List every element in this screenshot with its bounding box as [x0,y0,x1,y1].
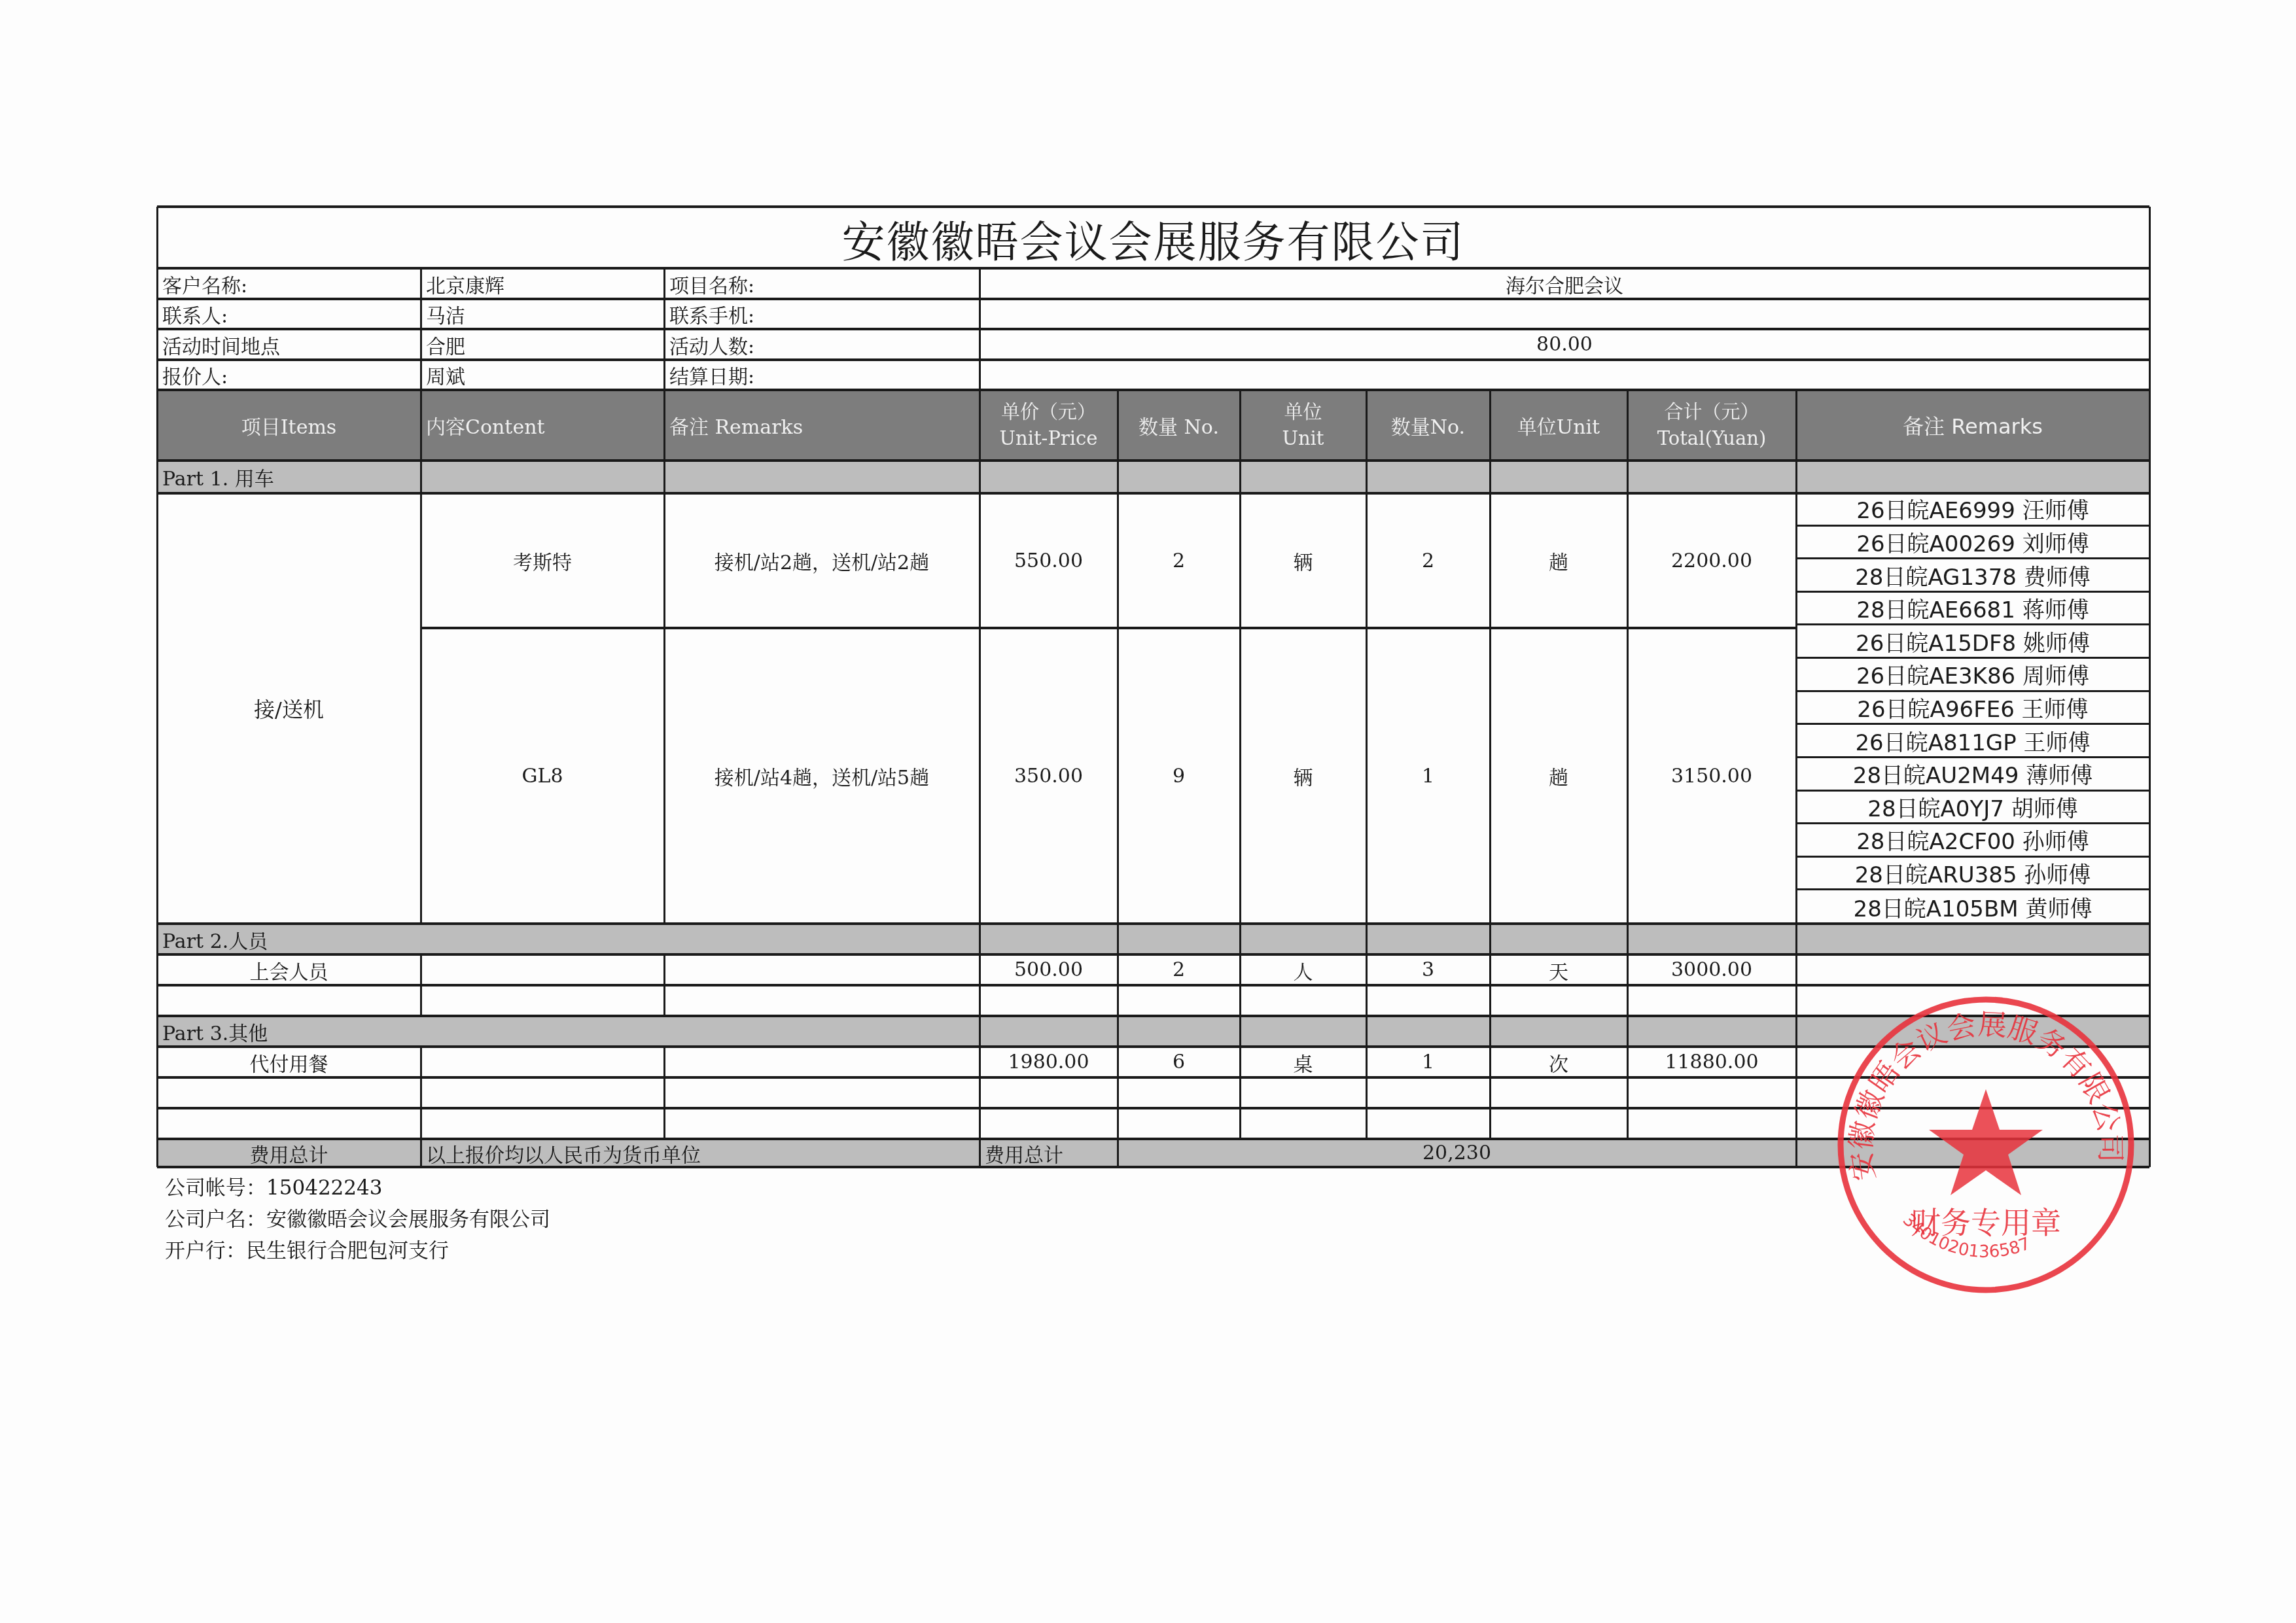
grid-line [1489,1047,1491,1139]
grid-line [420,1047,422,1139]
row-item: 代付用餐 [157,1047,421,1077]
grid-line [157,492,2149,495]
grid-line [1795,1047,1797,1139]
grid-line [1117,1047,1119,1139]
row-remarks: 接机/站4趟，送机/站5趟 [664,628,980,924]
grid-line [1489,924,1491,954]
vehicle-list-item: 28日皖AE6681 蒋师傅 [1796,593,2149,626]
contact-label: 联系人: [157,299,421,329]
grid-line [1627,954,1629,1016]
grid-line [1795,390,1797,924]
grid-line [420,954,422,1016]
vehicle-list-item: 26日皖AE6999 汪师傅 [1796,493,2149,527]
grid-line [979,924,981,954]
grid-line [157,389,2149,391]
row-unit2: 次 [1490,1047,1627,1077]
header-unit1: 单位 Unit [1240,390,1366,461]
grid-line [157,459,2149,462]
grid-line [157,267,2149,270]
project-label: 项目名称: [664,268,980,299]
row-unit-price: 350.00 [980,628,1118,924]
vehicle-list-item: 28日皖A2CF00 孙师傅 [1796,824,2149,858]
grid-line [1489,954,1491,1016]
header-unit-price-en: Unit-Price [1000,425,1098,451]
row-qty2: 1 [1366,628,1490,924]
grid-line [1117,924,1119,954]
header-total-en: Total(Yuan) [1657,425,1767,451]
client-value: 北京康辉 [421,268,664,299]
vehicle-list-item: 28日皖A105BM 黄师傅 [1796,890,2149,924]
vehicle-list-item: 26日皖A96FE6 王师傅 [1796,692,2149,725]
vehicle-list-item: 28日皖AU2M49 薄师傅 [1796,758,2149,792]
grid-line [1795,1016,1797,1047]
row-qty2: 1 [1366,1047,1490,1077]
bank-name: 开户行：民生银行合肥包河支行 [165,1234,449,1263]
header-total-cn: 合计（元） [1664,399,1759,425]
row-unit1: 辆 [1240,628,1366,924]
row-unit1: 桌 [1240,1047,1366,1077]
grid-line [1239,1016,1241,1047]
header-unit-price-cn: 单价（元） [1001,399,1096,425]
grid-line [1239,1047,1241,1139]
grid-line [979,1139,981,1167]
grid-line [156,207,158,1167]
contact-value: 马洁 [421,299,664,329]
company-account-name: 公司户名：安徽徽晤会议会展服务有限公司 [165,1202,550,1232]
project-value: 海尔合肥会议 [980,268,2149,299]
company-title: 安徽徽晤会议会展服务有限公司 [157,208,2149,268]
header-remarks2: 备注 Remarks [1796,390,2149,461]
part3-label: Part 3.其他 [157,1016,680,1047]
quoter-label: 报价人: [157,360,421,390]
row-unit2: 天 [1490,954,1627,985]
grid-line [157,298,2149,300]
row-total: 11880.00 [1627,1047,1796,1077]
row-qty2: 3 [1366,954,1490,985]
row-total: 3150.00 [1627,628,1796,924]
vehicle-list: 26日皖AE6999 汪师傅26日皖A00269 刘师傅28日皖AG1378 费… [1796,493,2149,924]
header-qty1: 数量 No. [1118,390,1240,461]
vehicle-list-item: 26日皖AE3K86 周师傅 [1796,659,2149,692]
attendees-value: 80.00 [980,329,2149,360]
vehicle-list-item: 28日皖AG1378 费师傅 [1796,559,2149,593]
grid-line [420,268,422,390]
row-total: 3000.00 [1627,954,1796,985]
grid-line [663,954,665,1016]
client-label: 客户名称: [157,268,421,299]
grid-line [979,268,981,390]
row-unit1: 人 [1240,954,1366,985]
grid-line [1239,390,1241,924]
grid-line [1627,1047,1629,1139]
header-remarks: 备注 Remarks [664,390,980,461]
grid-line [663,268,665,390]
settle-date-label: 结算日期: [664,360,980,390]
phone-label: 联系手机: [664,299,980,329]
row-total: 2200.00 [1627,493,1796,628]
grid-line [157,358,2149,361]
grid-line [1117,1016,1119,1047]
row-qty2: 2 [1366,493,1490,628]
grid-line [663,1047,665,1139]
settle-date-value [980,360,2149,390]
row-unit-price: 500.00 [980,954,1118,985]
part2-label: Part 2.人员 [157,924,680,954]
attendees-label: 活动人数: [664,329,980,360]
grid-line [1366,1016,1368,1047]
part1-item: 接/送机 [157,493,421,924]
grid-line [1366,390,1368,924]
finance-seal-icon: 安徽徽晤会议会展服务有限公司 财务专用章 3401020136587 [1832,991,2140,1299]
header-total: 合计（元） Total(Yuan) [1627,390,1796,461]
grid-line [1627,924,1629,954]
phone-value [980,299,2149,329]
grid-line [979,1016,981,1047]
row-content: 考斯特 [421,493,664,628]
grid-line [1795,1139,1797,1167]
summary-label: 费用总计 [157,1139,421,1167]
summary-label-2: 费用总计 [980,1139,1118,1167]
row-unit2: 趟 [1490,628,1627,924]
grid-line [1489,390,1491,924]
grid-line [1627,1016,1629,1047]
row-remarks: 接机/站2趟，送机/站2趟 [664,493,980,628]
row-unit1: 辆 [1240,493,1366,628]
row-qty1: 9 [1118,628,1240,924]
grid-line [1117,1139,1119,1167]
grid-line [157,953,2149,956]
grid-line [1627,390,1629,924]
grid-line [1366,924,1368,954]
grid-line [420,390,422,924]
header-unit2: 单位Unit [1490,390,1627,461]
grid-line [157,984,2149,986]
vehicle-list-item: 28日皖ARU385 孙师傅 [1796,858,2149,891]
company-account: 公司帐号：150422243 [165,1171,383,1200]
row-qty1: 2 [1118,954,1240,985]
grid-line [1117,390,1119,924]
row-unit-price: 550.00 [980,493,1118,628]
header-unit1-en: Unit [1282,425,1324,451]
header-content: 内容Content [421,390,664,461]
currency-note: 以上报价均以人民币为货币单位 [421,1139,980,1167]
grid-line [1239,924,1241,954]
row-qty1: 2 [1118,493,1240,628]
grid-line [1795,924,1797,954]
grid-line [1795,954,1797,1016]
vehicle-list-item: 26日皖A00269 刘师傅 [1796,527,2149,560]
vehicle-list-item: 26日皖A811GP 王师傅 [1796,725,2149,758]
row-unit-price: 1980.00 [980,1047,1118,1077]
grid-line [663,390,665,924]
grid-line [1117,954,1119,1016]
grid-line [1366,1047,1368,1139]
time-place-label: 活动时间地点 [157,329,421,360]
grand-total: 20,230 [1118,1139,1796,1167]
part1-label: Part 1. 用车 [157,461,680,493]
grid-line [979,390,981,924]
grid-line [1366,954,1368,1016]
grid-line [1489,1016,1491,1047]
grid-line [1239,954,1241,1016]
grid-line [421,627,1796,629]
grid-line [2149,207,2151,1167]
header-unit-price: 单价（元） Unit-Price [980,390,1118,461]
time-place-value: 合肥 [421,329,664,360]
header-unit1-cn: 单位 [1284,399,1322,425]
row-qty1: 6 [1118,1047,1240,1077]
header-items: 项目Items [157,390,421,461]
row-unit2: 趟 [1490,493,1627,628]
header-qty2: 数量No. [1366,390,1490,461]
quoter-value: 周斌 [421,360,664,390]
row-item: 上会人员 [157,954,421,985]
grid-line [157,328,2149,330]
vehicle-list-item: 26日皖A15DF8 姚师傅 [1796,625,2149,659]
grid-line [979,954,981,1016]
grid-line [157,922,2149,925]
vehicle-list-item: 28日皖A0YJ7 胡师傅 [1796,792,2149,825]
grid-line [157,205,2149,208]
grid-line [420,1139,422,1167]
row-content: GL8 [421,628,664,924]
grid-line [979,1047,981,1139]
